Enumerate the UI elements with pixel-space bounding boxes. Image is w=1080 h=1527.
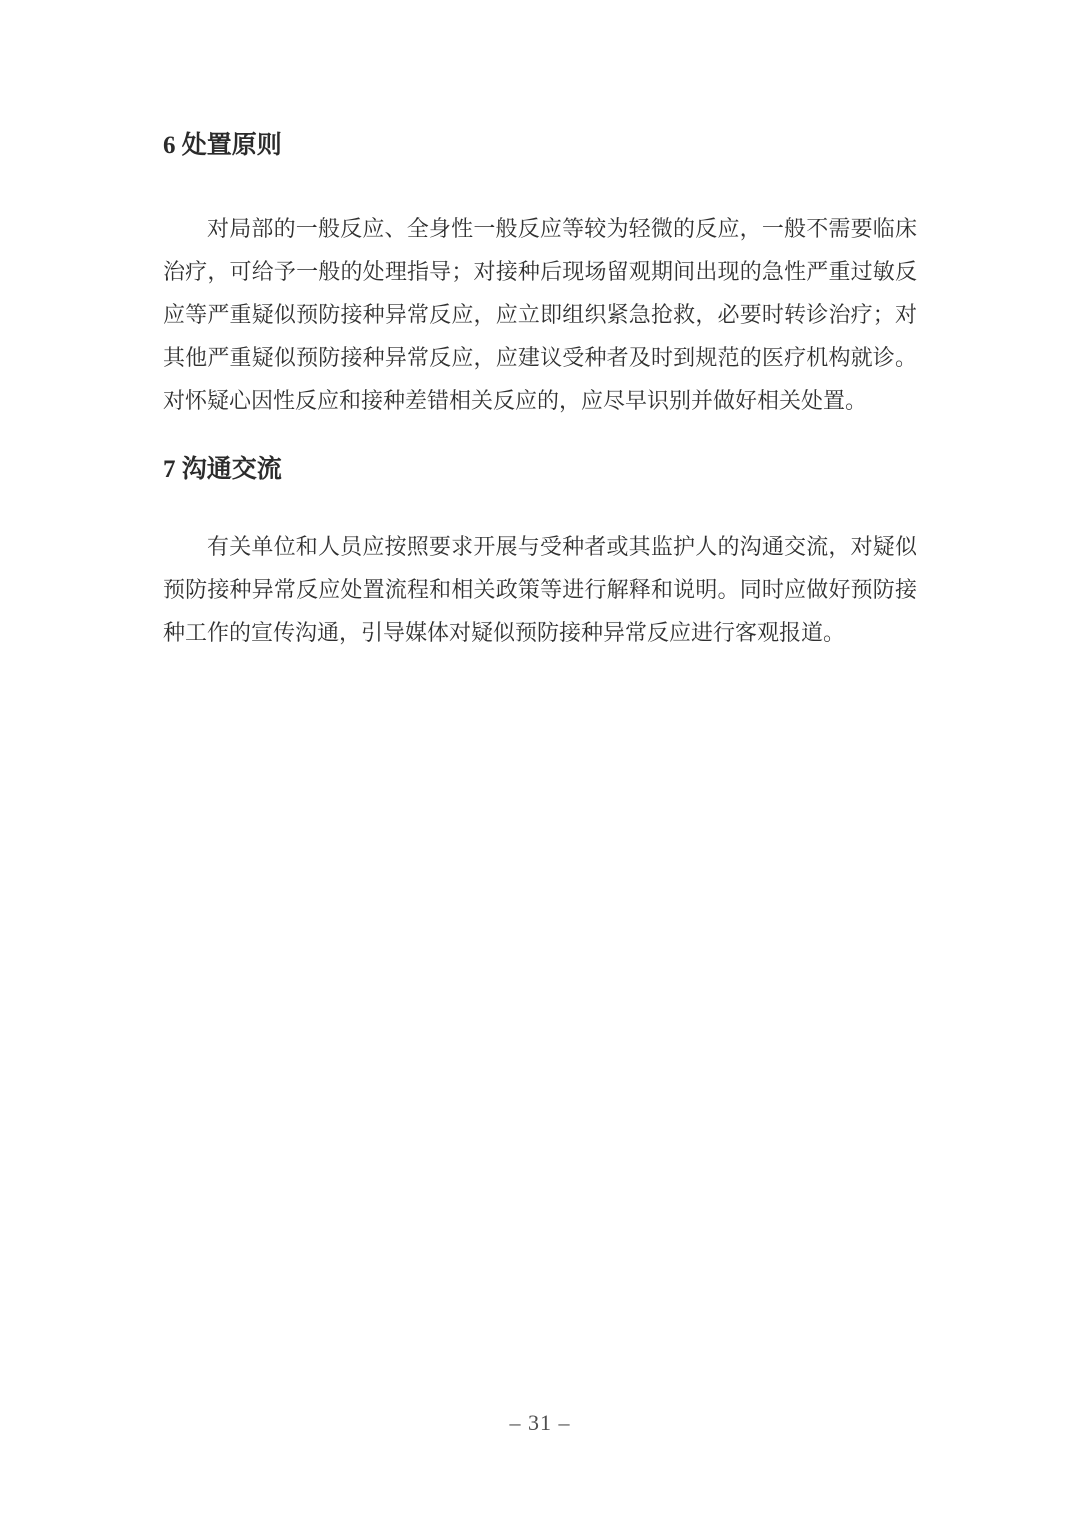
section-7-paragraph: 有关单位和人员应按照要求开展与受种者或其监护人的沟通交流，对疑似预防接种异常反应… [163, 525, 917, 654]
document-page: 6 处置原则 对局部的一般反应、全身性一般反应等较为轻微的反应，一般不需要临床治… [0, 0, 1080, 1527]
section-6-paragraph: 对局部的一般反应、全身性一般反应等较为轻微的反应，一般不需要临床治疗，可给予一般… [163, 207, 917, 422]
document-content: 6 处置原则 对局部的一般反应、全身性一般反应等较为轻微的反应，一般不需要临床治… [163, 0, 917, 654]
page-number: – 31 – [0, 1410, 1080, 1436]
section-7-heading: 7 沟通交流 [163, 455, 917, 485]
section-6-heading: 6 处置原则 [163, 131, 917, 161]
